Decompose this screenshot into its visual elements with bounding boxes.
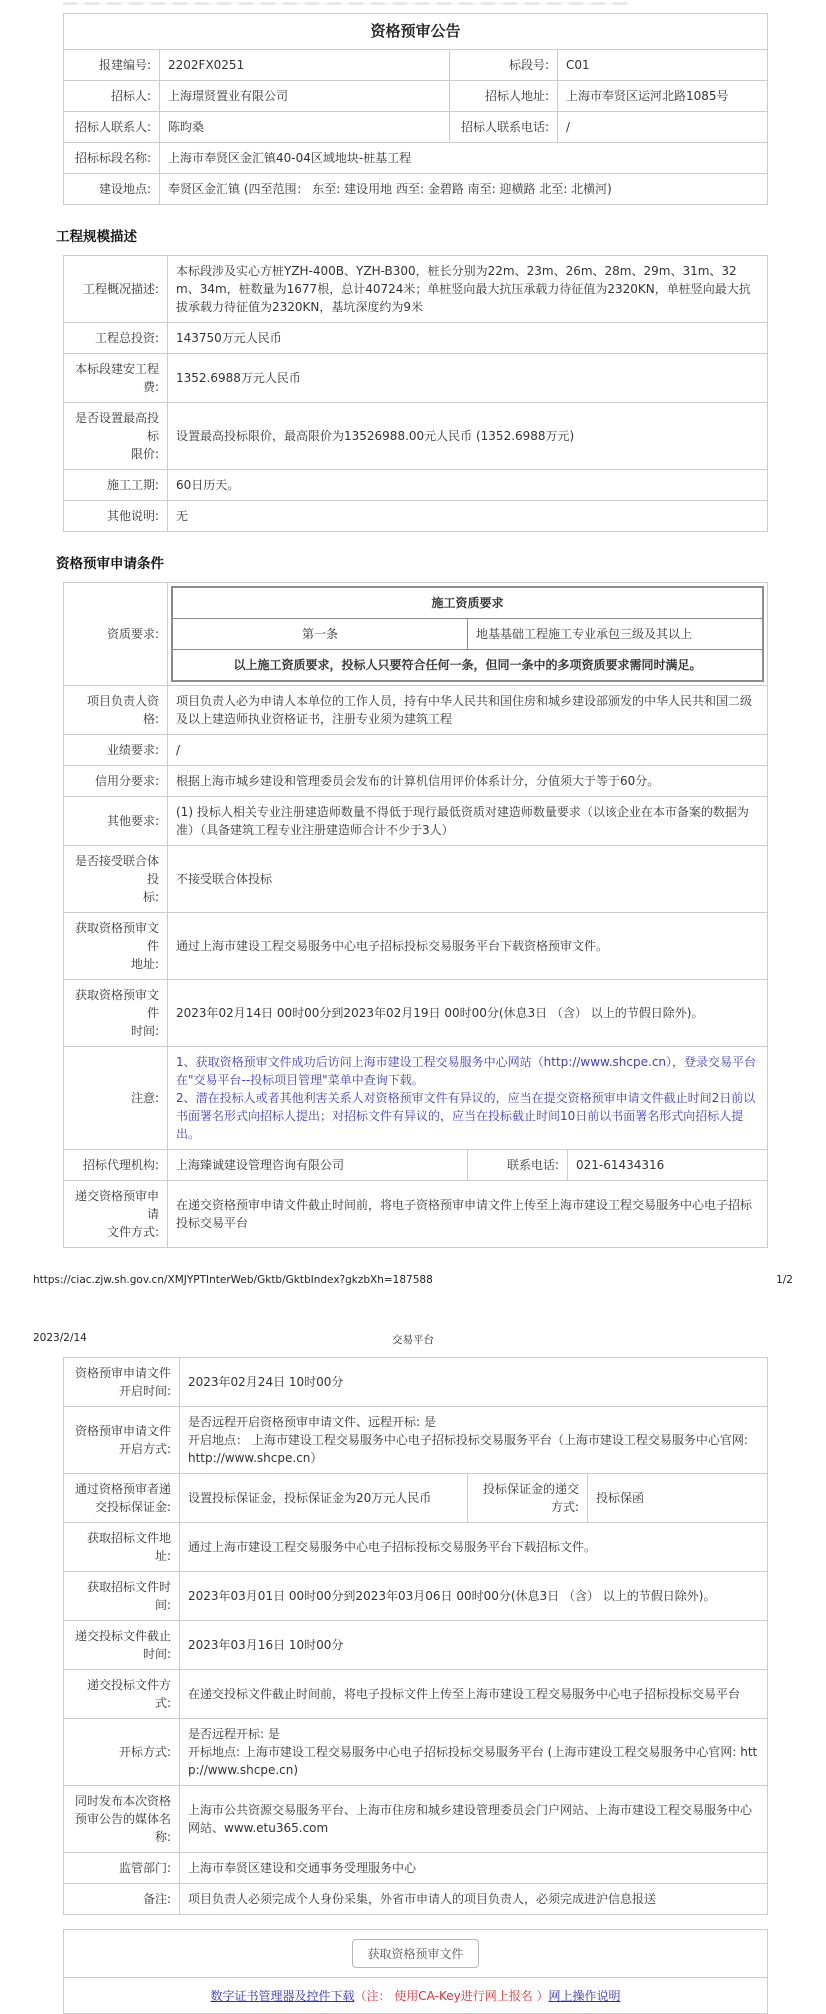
field-label: 招标标段名称: <box>64 142 160 173</box>
field-label: 资格预审申请文件 开启时间: <box>64 1357 180 1406</box>
site-title: 交易平台 <box>0 1332 826 1347</box>
table-row: 招标代理机构: 上海臻诚建设管理咨询有限公司 联系电话: 021-6143431… <box>64 1149 768 1180</box>
field-label: 招标人联系人: <box>64 111 160 142</box>
field-label: 开标方式: <box>64 1718 180 1785</box>
table-row: 递交投标文件截止 时间: 2023年03月16日 10时00分 <box>64 1620 768 1669</box>
field-value: 021-61434316 <box>568 1149 768 1180</box>
table-row: 获取资格预审文件 时间: 2023年02月14日 00时00分到2023年02月… <box>64 979 768 1046</box>
field-label: 投标保证金的递交 方式: <box>468 1473 588 1522</box>
field-label: 联系电话: <box>468 1149 568 1180</box>
field-label: 招标人: <box>64 80 160 111</box>
table-row: 业绩要求: / <box>64 734 768 765</box>
field-label: 监管部门: <box>64 1852 180 1883</box>
field-label: 招标人联系电话: <box>450 111 558 142</box>
table-row: 备注: 项目负责人必须完成个人身份采集，外省市申请人的项目负责人，必须完成进沪信… <box>64 1883 768 1914</box>
ca-key-note: （注： 使用CA-Key进行网上报名 ） <box>354 1989 548 2003</box>
field-label: 是否接受联合体投 标: <box>64 845 168 912</box>
field-value: 陈昀桑 <box>160 111 450 142</box>
table-row: 开标方式: 是否远程开标: 是 开标地点: 上海市建设工程交易服务中心电子招标投… <box>64 1718 768 1785</box>
field-value: 通过上海市建设工程交易服务中心电子招标投标交易服务平台下载资格预审文件。 <box>168 912 768 979</box>
field-value: 是否远程开启资格预审申请文件、远程开标: 是 开启地点： 上海市建设工程交易服务… <box>180 1406 768 1473</box>
field-value: 在递交资格预审申请文件截止时间前，将电子资格预审申请文件上传至上海市建设工程交易… <box>168 1180 768 1247</box>
field-value: 上海市奉贤区运河北路1085号 <box>558 80 768 111</box>
field-label: 招标代理机构: <box>64 1149 168 1180</box>
field-value: 上海璟贤置业有限公司 <box>160 80 450 111</box>
field-value: 本标段涉及实心方桩YZH-400B、YZH-B300，桩长分别为22m、23m、… <box>168 255 768 322</box>
field-label: 其他要求: <box>64 796 168 845</box>
table-row: 报建编号: 2202FX0251 标段号: C01 <box>64 49 768 80</box>
field-label: 获取招标文件地 址: <box>64 1522 180 1571</box>
field-value: 2023年02月24日 10时00分 <box>180 1357 768 1406</box>
field-value: 上海臻诚建设管理咨询有限公司 <box>168 1149 468 1180</box>
footer-url: https://ciac.zjw.sh.gov.cn/XMJYPTInterWe… <box>33 1274 433 1286</box>
field-label: 信用分要求: <box>64 765 168 796</box>
section-heading-prequal-conditions: 资格预审申请条件 <box>56 552 826 572</box>
field-label: 同时发布本次资格 预审公告的媒体名 称: <box>64 1785 180 1852</box>
field-label: 备注: <box>64 1883 180 1914</box>
cutoff-text-strip <box>63 2 628 5</box>
table-row: 注意: 1、获取资格预审文件成功后访问上海市建设工程交易服务中心网站（http:… <box>64 1046 768 1149</box>
project-scale-table: 工程概况描述: 本标段涉及实心方桩YZH-400B、YZH-B300，桩长分别为… <box>63 255 768 532</box>
field-value: 项目负责人必为申请人本单位的工作人员，持有中华人民共和国住房和城乡建设部颁发的中… <box>168 685 768 734</box>
print-page-2: 2023/2/14 交易平台 资格预审申请文件 开启时间: 2023年02月24… <box>0 1332 826 2014</box>
table-row: 其他说明: 无 <box>64 500 768 531</box>
field-value: 投标保函 <box>588 1473 768 1522</box>
prequal-conditions-table: 资质要求: 施工资质要求 第一条 地基基础工程施工专业承包三级及其以上 以上施工… <box>63 582 768 1248</box>
field-label: 递交投标文件方 式: <box>64 1669 180 1718</box>
table-row: 是否设置最高投标 限价: 设置最高投标限价，最高限价为13526988.00元人… <box>64 402 768 469</box>
field-label: 业绩要求: <box>64 734 168 765</box>
table-row: 建设地点: 奉贤区金汇镇 (四至范围： 东至: 建设用地 西至: 金碧路 南至:… <box>64 173 768 204</box>
field-label: 获取资格预审文件 地址: <box>64 912 168 979</box>
field-value: 上海市奉贤区建设和交通事务受理服务中心 <box>180 1852 768 1883</box>
page-title: 资格预审公告 <box>64 14 768 50</box>
field-value: 2202FX0251 <box>160 49 450 80</box>
construction-qualification-table: 施工资质要求 第一条 地基基础工程施工专业承包三级及其以上 以上施工资质要求，投… <box>171 586 764 682</box>
notice-text: 1、获取资格预审文件成功后访问上海市建设工程交易服务中心网站（http://ww… <box>168 1046 768 1149</box>
table-row: 是否接受联合体投 标: 不接受联合体投标 <box>64 845 768 912</box>
table-row: 招标标段名称: 上海市奉贤区金汇镇40-04区域地块-桩基工程 <box>64 142 768 173</box>
qualification-cell: 施工资质要求 第一条 地基基础工程施工专业承包三级及其以上 以上施工资质要求，投… <box>168 582 768 685</box>
field-label: 是否设置最高投标 限价: <box>64 402 168 469</box>
field-value: 1352.6988万元人民币 <box>168 353 768 402</box>
field-label: 本标段建安工程 费: <box>64 353 168 402</box>
field-label: 获取招标文件时 间: <box>64 1571 180 1620</box>
field-label: 报建编号: <box>64 49 160 80</box>
field-value: / <box>168 734 768 765</box>
field-value: 上海市奉贤区金汇镇40-04区域地块-桩基工程 <box>160 142 768 173</box>
section-heading-project-scale: 工程规模描述 <box>56 225 826 245</box>
field-value: 2023年02月14日 00时00分到2023年02月19日 00时00分(休息… <box>168 979 768 1046</box>
field-label: 注意: <box>64 1046 168 1149</box>
table-row: 递交投标文件方 式: 在递交投标文件截止时间前，将电子投标文件上传至上海市建设工… <box>64 1669 768 1718</box>
field-value: 奉贤区金汇镇 (四至范围： 东至: 建设用地 西至: 金碧路 南至: 迎横路 北… <box>160 173 768 204</box>
clause-text: 地基基础工程施工专业承包三级及其以上 <box>468 618 764 649</box>
field-value: 在递交投标文件截止时间前，将电子投标文件上传至上海市建设工程交易服务中心电子招标… <box>180 1669 768 1718</box>
field-value: 2023年03月16日 10时00分 <box>180 1620 768 1669</box>
table-row: 获取招标文件时 间: 2023年03月01日 00时00分到2023年03月06… <box>64 1571 768 1620</box>
field-value: (1) 投标人相关专业注册建造师数量不得低于现行最低资质对建造师数量要求（以该企… <box>168 796 768 845</box>
field-value: 2023年03月01日 00时00分到2023年03月06日 00时00分(休息… <box>180 1571 768 1620</box>
table-row: 同时发布本次资格 预审公告的媒体名 称: 上海市公共资源交易服务平台、上海市住房… <box>64 1785 768 1852</box>
table-row: 信用分要求: 根据上海市城乡建设和管理委员会发布的计算机信用评价体系计分，分值须… <box>64 765 768 796</box>
table-row: 工程概况描述: 本标段涉及实心方桩YZH-400B、YZH-B300，桩长分别为… <box>64 255 768 322</box>
field-label: 建设地点: <box>64 173 160 204</box>
print-footer: https://ciac.zjw.sh.gov.cn/XMJYPTInterWe… <box>33 1274 793 1286</box>
field-value: 设置投标保证金，投标保证金为20万元人民币 <box>180 1473 468 1522</box>
print-header: 2023/2/14 交易平台 <box>0 1332 826 1348</box>
field-label: 递交投标文件截止 时间: <box>64 1620 180 1669</box>
announcement-table: 资格预审公告 报建编号: 2202FX0251 标段号: C01 招标人: 上海… <box>63 13 768 205</box>
table-row: 资质要求: 施工资质要求 第一条 地基基础工程施工专业承包三级及其以上 以上施工… <box>64 582 768 685</box>
cert-manager-download-link[interactable]: 数字证书管理器及控件下载 <box>210 1989 354 2003</box>
table-row: 第一条 地基基础工程施工专业承包三级及其以上 <box>172 618 763 649</box>
field-value: 设置最高投标限价，最高限价为13526988.00元人民币 (1352.6988… <box>168 402 768 469</box>
table-row: 获取招标文件地 址: 通过上海市建设工程交易服务中心电子招标投标交易服务平台下载… <box>64 1522 768 1571</box>
field-value: 根据上海市城乡建设和管理委员会发布的计算机信用评价体系计分，分值须大于等于60分… <box>168 765 768 796</box>
page-number: 1/2 <box>776 1274 793 1286</box>
field-value: 143750万元人民币 <box>168 322 768 353</box>
field-value: 项目负责人必须完成个人身份采集，外省市申请人的项目负责人，必须完成进沪信息报送 <box>180 1883 768 1914</box>
field-label: 施工工期: <box>64 469 168 500</box>
clause-number: 第一条 <box>172 618 468 649</box>
field-label: 工程总投资: <box>64 322 168 353</box>
table-row: 其他要求: (1) 投标人相关专业注册建造师数量不得低于现行最低资质对建造师数量… <box>64 796 768 845</box>
table-row: 招标人联系人: 陈昀桑 招标人联系电话: / <box>64 111 768 142</box>
field-value: C01 <box>558 49 768 80</box>
online-guide-link[interactable]: 网上操作说明 <box>549 1989 621 2003</box>
bidding-schedule-table: 资格预审申请文件 开启时间: 2023年02月24日 10时00分 资格预审申请… <box>63 1357 768 1915</box>
field-label: 获取资格预审文件 时间: <box>64 979 168 1046</box>
links-row: 数字证书管理器及控件下载（注： 使用CA-Key进行网上报名 ）网上操作说明 <box>64 1977 767 2013</box>
actions-panel: 获取资格预审文件 数字证书管理器及控件下载（注： 使用CA-Key进行网上报名 … <box>63 1929 768 2014</box>
field-label: 递交资格预审申请 文件方式: <box>64 1180 168 1247</box>
field-label: 招标人地址: <box>450 80 558 111</box>
table-row: 施工工期: 60日历天。 <box>64 469 768 500</box>
field-value: / <box>558 111 768 142</box>
field-label: 通过资格预审者递 交投标保证金: <box>64 1473 180 1522</box>
field-label: 资质要求: <box>64 582 168 685</box>
get-prequal-file-button[interactable]: 获取资格预审文件 <box>352 1939 478 1968</box>
field-value: 上海市公共资源交易服务平台、上海市住房和城乡建设管理委员会门户网站、上海市建设工… <box>180 1785 768 1852</box>
table-row: 递交资格预审申请 文件方式: 在递交资格预审申请文件截止时间前，将电子资格预审申… <box>64 1180 768 1247</box>
table-row: 工程总投资: 143750万元人民币 <box>64 322 768 353</box>
table-row: 资格预审申请文件 开启方式: 是否远程开启资格预审申请文件、远程开标: 是 开启… <box>64 1406 768 1473</box>
table-row: 本标段建安工程 费: 1352.6988万元人民币 <box>64 353 768 402</box>
table-row: 通过资格预审者递 交投标保证金: 设置投标保证金，投标保证金为20万元人民币 投… <box>64 1473 768 1522</box>
field-label: 项目负责人资格: <box>64 685 168 734</box>
field-value: 是否远程开标: 是 开标地点: 上海市建设工程交易服务中心电子招标投标交易服务平… <box>180 1718 768 1785</box>
table-row: 获取资格预审文件 地址: 通过上海市建设工程交易服务中心电子招标投标交易服务平台… <box>64 912 768 979</box>
qualification-note: 以上施工资质要求，投标人只要符合任何一条，但同一条中的多项资质要求需同时满足。 <box>172 649 763 681</box>
field-label: 标段号: <box>450 49 558 80</box>
table-row: 项目负责人资格: 项目负责人必为申请人本单位的工作人员，持有中华人民共和国住房和… <box>64 685 768 734</box>
field-value: 60日历天。 <box>168 469 768 500</box>
table-row: 监管部门: 上海市奉贤区建设和交通事务受理服务中心 <box>64 1852 768 1883</box>
field-value: 无 <box>168 500 768 531</box>
qualification-header: 施工资质要求 <box>172 587 763 619</box>
table-row: 资格预审申请文件 开启时间: 2023年02月24日 10时00分 <box>64 1357 768 1406</box>
field-label: 工程概况描述: <box>64 255 168 322</box>
print-page-1: 资格预审公告 报建编号: 2202FX0251 标段号: C01 招标人: 上海… <box>0 0 826 1286</box>
get-file-row: 获取资格预审文件 <box>64 1930 767 1977</box>
field-value: 不接受联合体投标 <box>168 845 768 912</box>
field-label: 其他说明: <box>64 500 168 531</box>
field-value: 通过上海市建设工程交易服务中心电子招标投标交易服务平台下载招标文件。 <box>180 1522 768 1571</box>
table-row: 招标人: 上海璟贤置业有限公司 招标人地址: 上海市奉贤区运河北路1085号 <box>64 80 768 111</box>
field-label: 资格预审申请文件 开启方式: <box>64 1406 180 1473</box>
